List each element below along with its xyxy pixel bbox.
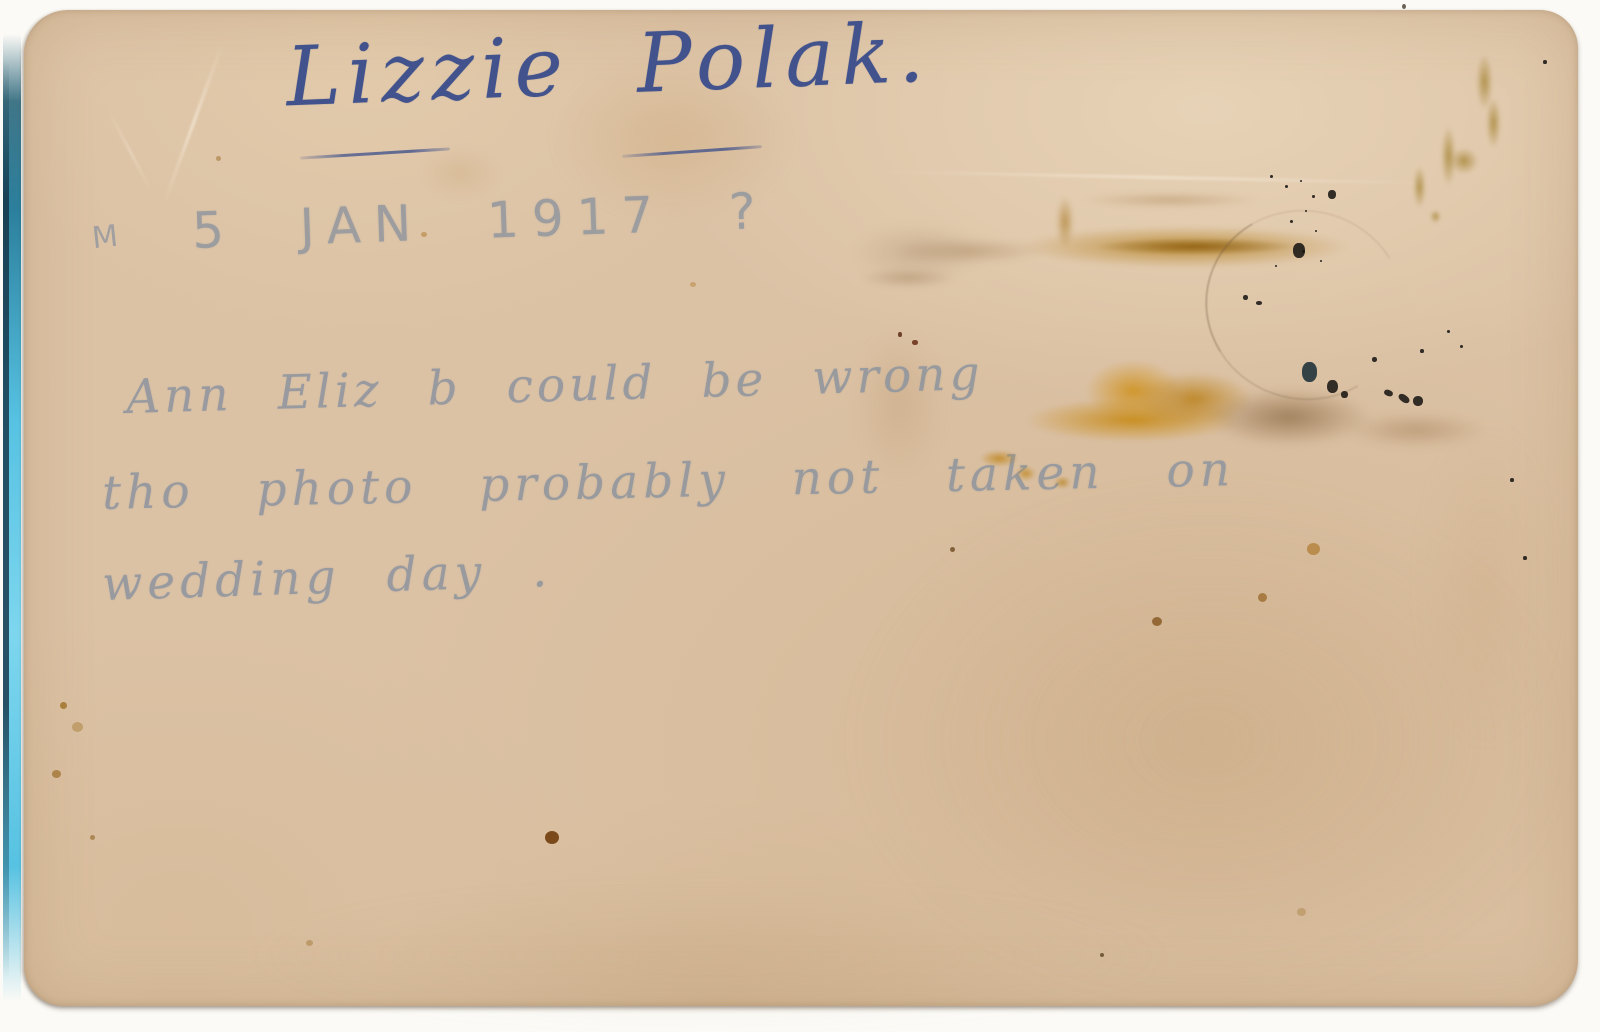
brown-dot xyxy=(950,547,955,552)
brown-dot xyxy=(72,722,83,732)
brown-dot xyxy=(1152,617,1162,626)
ink-speck xyxy=(1320,260,1322,262)
faint-smudge xyxy=(860,268,955,288)
age-stain-right-column xyxy=(1422,424,1552,744)
amber-stain-bit xyxy=(1054,476,1071,489)
ink-speck xyxy=(1372,357,1377,362)
ink-speck xyxy=(1420,349,1424,353)
ink-speck xyxy=(1510,478,1514,482)
ink-speck xyxy=(1543,60,1547,64)
photo-back-card: Lizzie Polak. M 5 JAN 1917 ? Ann Eliz b … xyxy=(24,10,1578,1006)
margin-dust-speck xyxy=(1402,4,1406,9)
name-inscription: Lizzie Polak. xyxy=(284,6,932,126)
ink-speck xyxy=(898,332,902,337)
ink-speck xyxy=(1275,265,1277,267)
ink-speck xyxy=(1341,391,1348,398)
ink-speck xyxy=(1413,396,1423,406)
brown-dot xyxy=(421,232,427,237)
ink-speck xyxy=(1270,175,1273,178)
scan-page: { "scan": { "inscriptions": { "name_ink"… xyxy=(0,0,1600,1032)
ink-speck xyxy=(1328,190,1336,199)
brown-dot xyxy=(90,835,95,840)
amber-stain-drip xyxy=(1056,196,1074,248)
brown-dot xyxy=(306,940,313,946)
age-stain-small xyxy=(420,148,500,198)
ink-speck xyxy=(1397,392,1411,405)
crease-line xyxy=(108,111,152,191)
crease-line xyxy=(880,170,1440,185)
age-stain-bottom xyxy=(250,890,1170,1020)
faint-stain-dots-row xyxy=(1080,192,1260,208)
brown-dot xyxy=(52,770,61,778)
ink-speck xyxy=(1523,556,1527,560)
ink-speck xyxy=(1290,220,1293,223)
ink-speck xyxy=(1383,389,1394,398)
pencil-date-annotation: 5 JAN 1917 ? xyxy=(191,182,769,260)
brown-dot xyxy=(216,156,221,161)
crease-line xyxy=(163,43,224,204)
ink-speck xyxy=(1315,230,1317,232)
brown-dot xyxy=(60,702,67,709)
ink-speck xyxy=(1447,330,1450,333)
pencil-note-line-3: wedding day . xyxy=(101,543,553,612)
brown-dot xyxy=(1307,543,1320,555)
amber-stain-bit xyxy=(1016,466,1036,481)
amber-stain-bit xyxy=(980,450,1018,467)
ink-speck xyxy=(1243,295,1248,300)
brown-dot xyxy=(1100,953,1104,957)
ink-speck xyxy=(1256,301,1262,305)
brown-dot xyxy=(1297,908,1306,916)
olive-stain-dash xyxy=(1486,98,1501,148)
olive-stain-dash xyxy=(1450,148,1478,174)
ink-speck xyxy=(1305,210,1307,212)
olive-stain-dash xyxy=(1430,210,1441,223)
ink-speck xyxy=(912,340,918,345)
brown-dot xyxy=(690,282,696,287)
ink-speck xyxy=(1300,180,1302,182)
ink-speck xyxy=(1302,250,1305,253)
scan-edge-shadow-line xyxy=(3,60,9,980)
ink-speck xyxy=(1312,195,1315,198)
ink-speck xyxy=(1285,185,1288,188)
ink-speck xyxy=(1327,380,1338,393)
brown-dot xyxy=(1258,593,1267,602)
ink-speck xyxy=(1460,345,1463,348)
pencil-margin-letter: M xyxy=(90,219,119,257)
brown-smudge-fade xyxy=(1346,412,1486,448)
olive-stain-dash xyxy=(1413,166,1426,208)
ink-blot-teal xyxy=(1302,362,1317,382)
brown-dot xyxy=(545,831,559,844)
